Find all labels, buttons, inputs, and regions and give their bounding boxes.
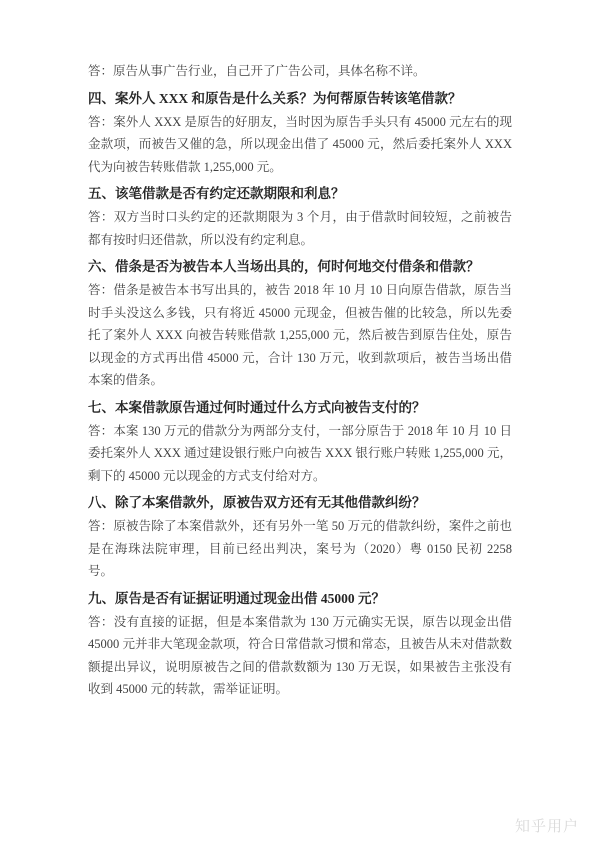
qa-section-5: 五、该笔借款是否有约定还款期限和利息？ 答：双方当时口头约定的还款期限为 3 个…	[88, 182, 512, 251]
answer-paragraph: 答：案外人 XXX 是原告的好朋友，当时因为原告手头只有 45000 元左右的现…	[88, 111, 512, 179]
answer-paragraph: 答：本案 130 万元的借款分为两部分支付，一部分原告于 2018 年 10 月…	[88, 420, 512, 488]
question-heading: 五、该笔借款是否有约定还款期限和利息？	[88, 182, 512, 205]
qa-section-7: 七、本案借款原告通过何时通过什么方式向被告支付的？ 答：本案 130 万元的借款…	[88, 396, 512, 488]
answer-paragraph: 答：原被告除了本案借款外，还有另外一笔 50 万元的借款纠纷，案件之前也是在海珠…	[88, 515, 512, 583]
document-body: 答：原告从事广告行业，自己开了广告公司，具体名称不详。 四、案外人 XXX 和原…	[88, 60, 512, 701]
question-heading: 八、除了本案借款外，原被告双方还有无其他借款纠纷？	[88, 491, 512, 514]
qa-section-9: 九、原告是否有证据证明通过现金出借 45000 元？ 答：没有直接的证据，但是本…	[88, 587, 512, 701]
answer-paragraph: 答：双方当时口头约定的还款期限为 3 个月，由于借款时间较短，之前被告都有按时归…	[88, 206, 512, 251]
answer-paragraph: 答：借条是被告本书写出具的，被告 2018 年 10 月 10 日向原告借款，原…	[88, 279, 512, 392]
zhihu-user-watermark: 知乎用户	[515, 815, 579, 836]
question-heading: 六、借条是否为被告本人当场出具的，何时何地交付借条和借款？	[88, 255, 512, 278]
question-heading: 四、案外人 XXX 和原告是什么关系？为何帮原告转该笔借款？	[88, 87, 512, 110]
question-heading: 七、本案借款原告通过何时通过什么方式向被告支付的？	[88, 396, 512, 419]
intro-answer-paragraph: 答：原告从事广告行业，自己开了广告公司，具体名称不详。	[88, 60, 512, 83]
question-heading: 九、原告是否有证据证明通过现金出借 45000 元？	[88, 587, 512, 610]
answer-paragraph: 答：没有直接的证据，但是本案借款为 130 万元确实无误，原告以现金出借 450…	[88, 611, 512, 701]
qa-section-6: 六、借条是否为被告本人当场出具的，何时何地交付借条和借款？ 答：借条是被告本书写…	[88, 255, 512, 392]
qa-section-4: 四、案外人 XXX 和原告是什么关系？为何帮原告转该笔借款？ 答：案外人 XXX…	[88, 87, 512, 179]
qa-section-8: 八、除了本案借款外，原被告双方还有无其他借款纠纷？ 答：原被告除了本案借款外，还…	[88, 491, 512, 583]
